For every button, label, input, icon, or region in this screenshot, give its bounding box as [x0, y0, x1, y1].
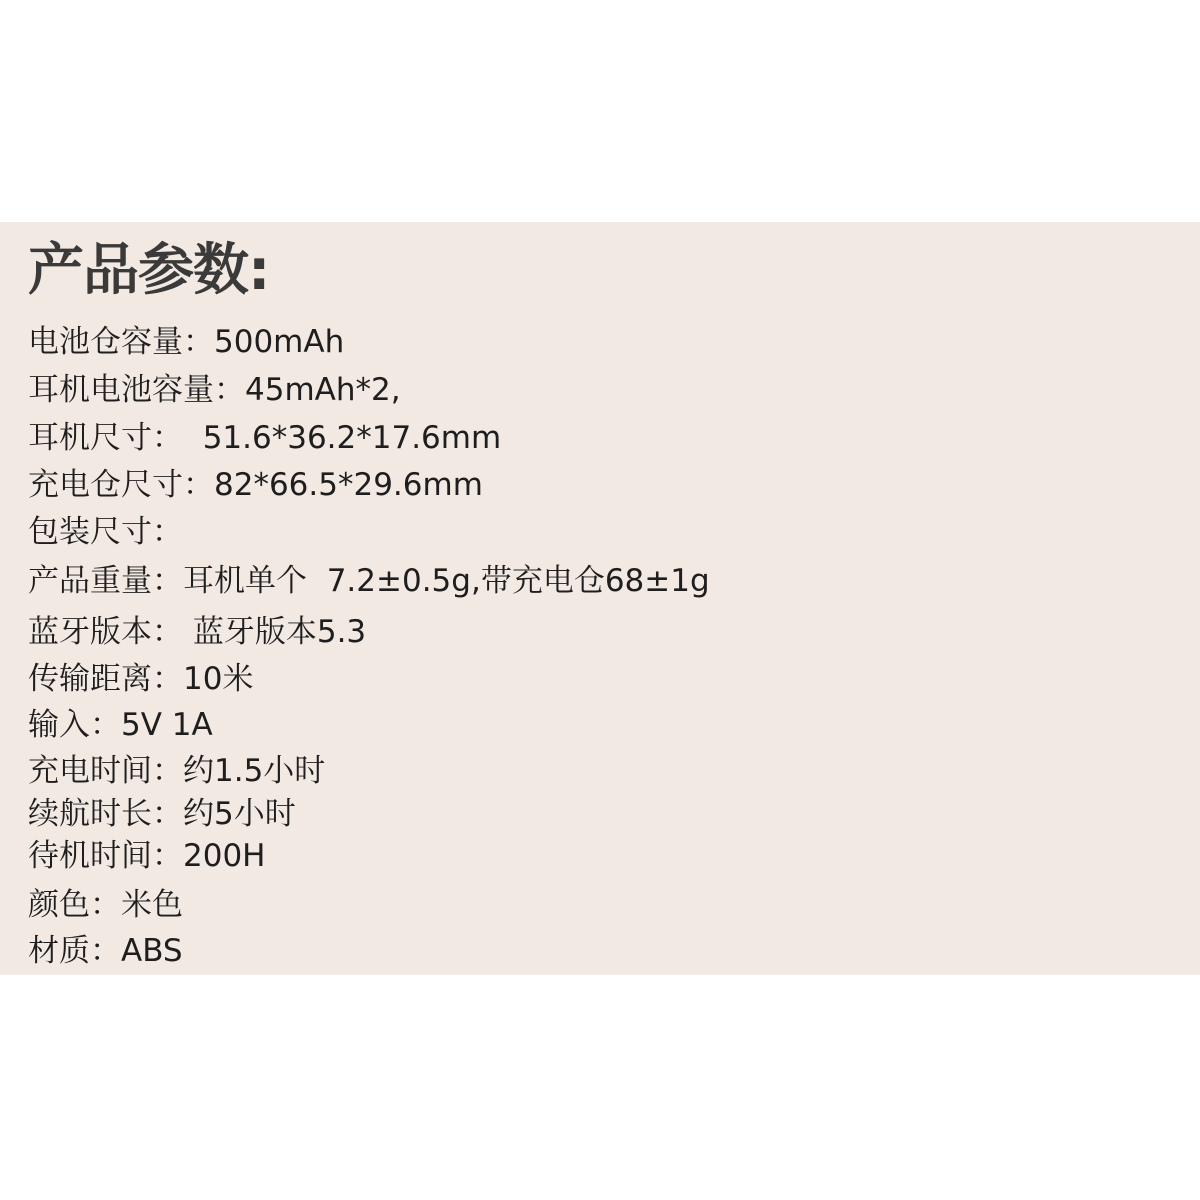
spec-label: 颜色：	[28, 887, 121, 923]
spec-label: 耳机电池容量：	[28, 372, 245, 408]
spec-row-package-size: 包装尺寸：	[28, 512, 183, 552]
spec-value: 蓝牙版本5.3	[183, 614, 366, 650]
spec-row-range: 传输距离：10米	[28, 659, 253, 699]
spec-label: 电池仓容量：	[28, 324, 214, 360]
spec-value: 5V 1A	[121, 707, 213, 743]
spec-row-case-battery: 电池仓容量：500mAh	[28, 322, 344, 362]
spec-row-material: 材质：ABS	[28, 931, 183, 971]
spec-row-earbud-size: 耳机尺寸： 51.6*36.2*17.6mm	[28, 418, 501, 458]
spec-value: 约1.5小时	[183, 753, 325, 789]
spec-value: 45mAh*2,	[245, 372, 401, 408]
spec-value: 米色	[121, 887, 183, 923]
spec-row-standby: 待机时间：200H	[28, 836, 265, 876]
spec-value: 82*66.5*29.6mm	[214, 467, 483, 503]
spec-value: 200H	[183, 838, 265, 874]
spec-label: 续航时长：	[28, 796, 183, 832]
spec-row-color: 颜色：米色	[28, 885, 183, 925]
spec-label: 产品重量：	[28, 563, 183, 599]
spec-label: 包装尺寸：	[28, 514, 183, 550]
spec-label: 耳机尺寸：	[28, 420, 183, 456]
spec-label: 材质：	[28, 933, 121, 969]
spec-value: 51.6*36.2*17.6mm	[183, 420, 501, 456]
spec-row-earbud-battery: 耳机电池容量：45mAh*2,	[28, 370, 401, 410]
spec-row-weight: 产品重量：耳机单个 7.2±0.5g,带充电仓68±1g	[28, 561, 710, 601]
spec-row-input: 输入：5V 1A	[28, 705, 213, 745]
spec-value: 500mAh	[214, 324, 344, 360]
spec-row-bluetooth: 蓝牙版本： 蓝牙版本5.3	[28, 612, 366, 652]
spec-value: ABS	[121, 933, 183, 969]
spec-label: 输入：	[28, 707, 121, 743]
spec-label: 充电时间：	[28, 753, 183, 789]
spec-value: 10米	[183, 661, 253, 697]
spec-value: 约5小时	[183, 796, 296, 832]
spec-label: 充电仓尺寸：	[28, 467, 214, 503]
spec-label: 待机时间：	[28, 838, 183, 874]
spec-label: 传输距离：	[28, 661, 183, 697]
spec-title: 产品参数:	[28, 236, 269, 306]
spec-label: 蓝牙版本：	[28, 614, 183, 650]
spec-row-case-size: 充电仓尺寸：82*66.5*29.6mm	[28, 465, 483, 505]
spec-row-playtime: 续航时长：约5小时	[28, 794, 296, 834]
spec-row-charge-time: 充电时间：约1.5小时	[28, 751, 325, 791]
spec-value: 耳机单个 7.2±0.5g,带充电仓68±1g	[183, 563, 710, 599]
product-spec-panel: 产品参数: 电池仓容量：500mAh 耳机电池容量：45mAh*2, 耳机尺寸：…	[0, 222, 1200, 975]
